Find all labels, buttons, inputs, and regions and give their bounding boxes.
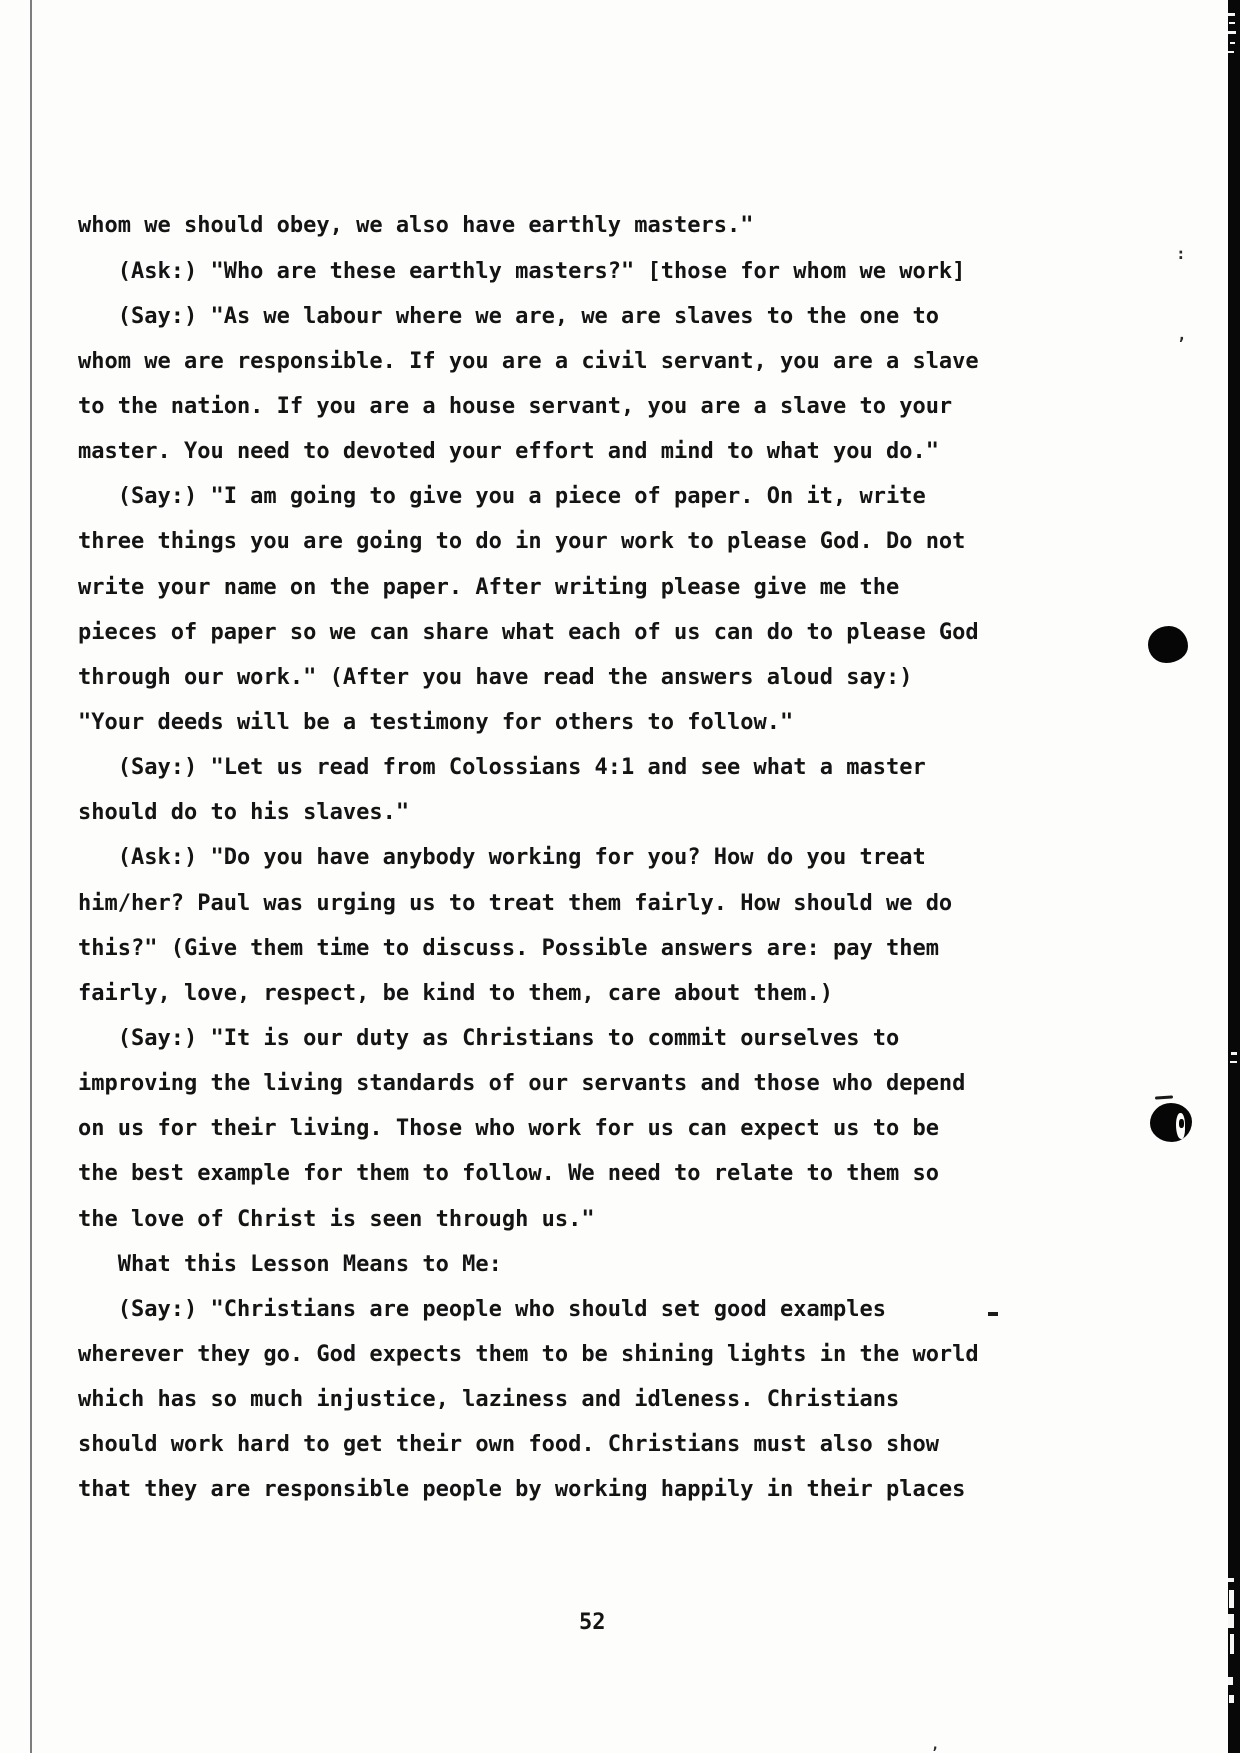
scan-speck <box>988 1312 998 1316</box>
text-line: whom we are responsible. If you are a ci… <box>78 339 1138 384</box>
scan-scratch <box>1228 31 1236 34</box>
text-line: fairly, love, respect, be kind to them, … <box>78 971 1138 1016</box>
scan-scratch <box>1229 22 1235 24</box>
scan-scratch <box>1229 1590 1234 1608</box>
text-line: write your name on the paper. After writ… <box>78 565 1138 610</box>
text-line: (Say:) "Let us read from Colossians 4:1 … <box>78 745 1138 790</box>
ink-blob <box>1150 1103 1192 1142</box>
text-line: that they are responsible people by work… <box>78 1467 1138 1512</box>
scan-scratch <box>1230 1061 1237 1063</box>
text-line: pieces of paper so we can share what eac… <box>78 610 1138 655</box>
scan-scratch <box>1228 1578 1234 1582</box>
text-line: (Ask:) "Do you have anybody working for … <box>78 835 1138 880</box>
text-line: which has so much injustice, laziness an… <box>78 1377 1138 1422</box>
text-line: through our work." (After you have read … <box>78 655 1138 700</box>
text-line: (Say:) "It is our duty as Christians to … <box>78 1016 1138 1061</box>
text-line: should do to his slaves." <box>78 790 1138 835</box>
scan-scratch <box>1228 1614 1234 1628</box>
left-scan-edge-line <box>30 0 32 1753</box>
text-line: (Say:) "Christians are people who should… <box>78 1287 1138 1332</box>
text-line: (Say:) "As we labour where we are, we ar… <box>78 294 1138 339</box>
text-line: master. You need to devoted your effort … <box>78 429 1138 474</box>
scan-speck: , <box>1177 327 1187 343</box>
text-line: to the nation. If you are a house servan… <box>78 384 1138 429</box>
text-line: should work hard to get their own food. … <box>78 1422 1138 1467</box>
page-text: whom we should obey, we also have earthl… <box>78 68 1138 1513</box>
text-line: whom we should obey, we also have earthl… <box>78 203 1138 248</box>
text-line: on us for their living. Those who work f… <box>78 1106 1138 1151</box>
text-line: three things you are going to do in your… <box>78 519 1138 564</box>
text-line: him/her? Paul was urging us to treat the… <box>78 881 1138 926</box>
scan-scratch <box>1228 51 1234 53</box>
scan-scratch <box>1230 42 1235 44</box>
scan-scratch <box>1228 13 1235 16</box>
text-line: What this Lesson Means to Me: <box>78 1242 1138 1287</box>
text-line: the love of Christ is seen through us." <box>78 1197 1138 1242</box>
blob-dot <box>1179 1119 1184 1128</box>
text-line: the best example for them to follow. We … <box>78 1151 1138 1196</box>
text-line: "Your deeds will be a testimony for othe… <box>78 700 1138 745</box>
scan-speck: , <box>931 1738 939 1752</box>
scan-scratch <box>1230 1634 1234 1654</box>
scanned-page: whom we should obey, we also have earthl… <box>0 0 1240 1753</box>
page-number: 52 <box>579 1610 606 1635</box>
scan-scratch <box>1228 1677 1233 1685</box>
ink-blob <box>1148 626 1188 663</box>
text-line: (Say:) "I am going to give you a piece o… <box>78 474 1138 519</box>
scan-speck: : <box>1176 246 1186 262</box>
right-scan-edge-bar <box>1228 0 1240 1753</box>
blob-dash <box>1155 1095 1173 1099</box>
text-line: improving the living standards of our se… <box>78 1061 1138 1106</box>
scan-scratch <box>1229 1695 1234 1703</box>
text-line: this?" (Give them time to discuss. Possi… <box>78 926 1138 971</box>
text-line: (Ask:) "Who are these earthly masters?" … <box>78 249 1138 294</box>
text-line: wherever they go. God expects them to be… <box>78 1332 1138 1377</box>
scan-scratch <box>1231 1052 1237 1055</box>
